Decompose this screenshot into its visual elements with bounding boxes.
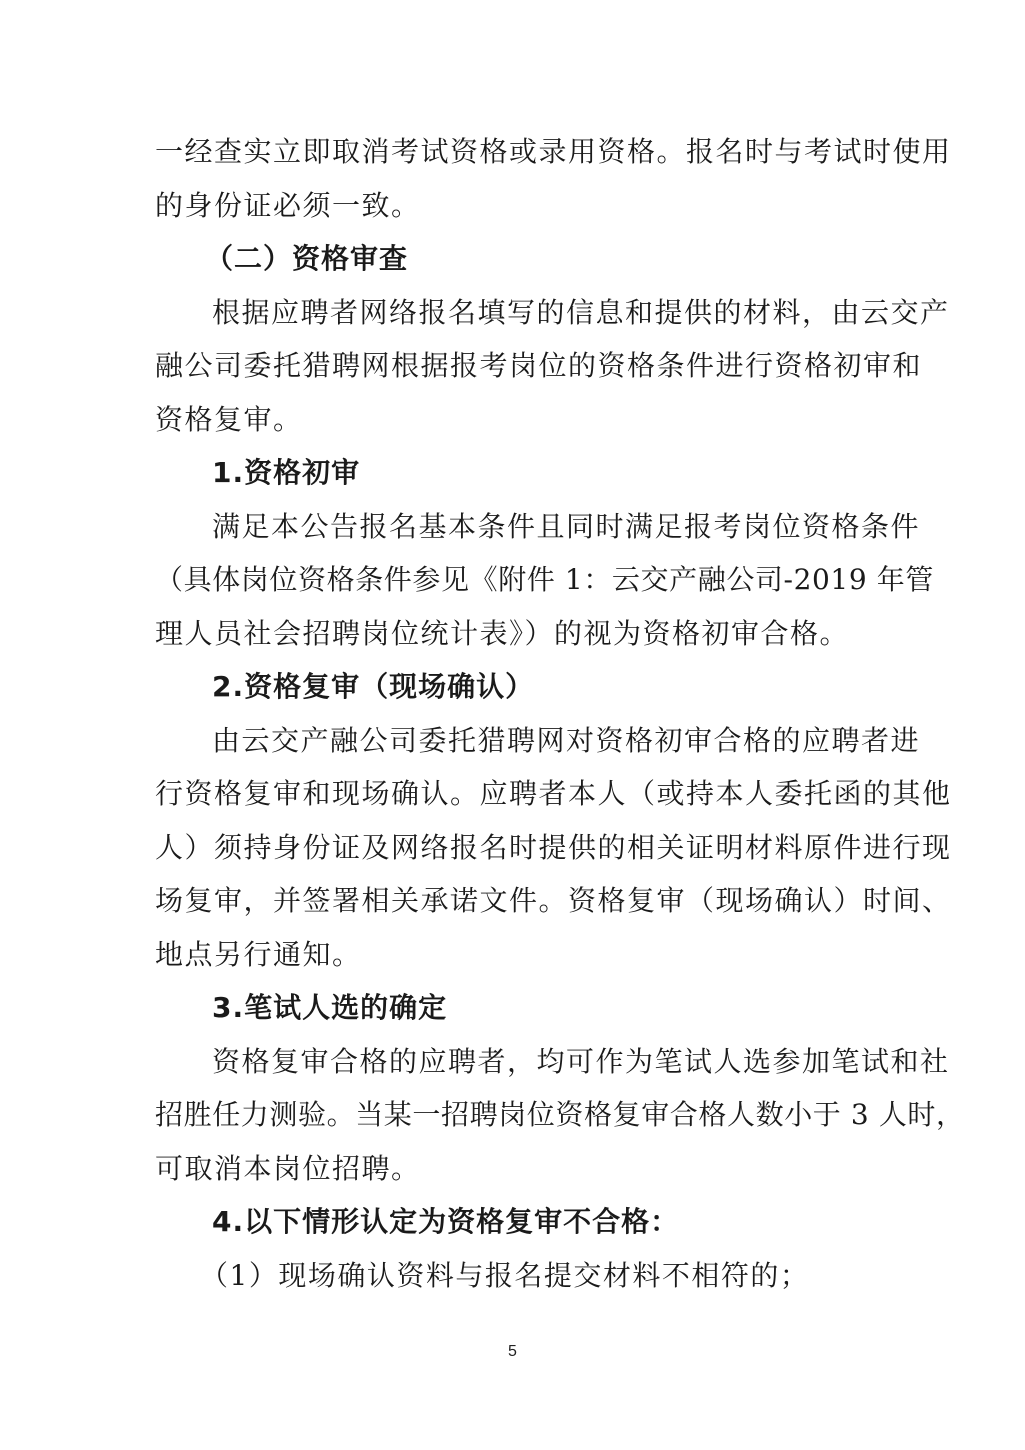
body-paragraph-line: 满足本公告报名基本条件且同时满足报考岗位资格条件: [212, 507, 932, 547]
document-page: 一经查实立即取消考试资格或录用资格。报名时与考试时使用 的身份证必须一致。 （二…: [0, 0, 1025, 1450]
body-paragraph-line: 融公司委托猎聘网根据报考岗位的资格条件进行资格初审和: [155, 346, 875, 386]
body-paragraph-line: 行资格复审和现场确认。应聘者本人（或持本人委托函的其他: [155, 774, 875, 814]
body-paragraph-line: 的身份证必须一致。: [155, 186, 875, 226]
body-paragraph-line: 理人员社会招聘岗位统计表》）的视为资格初审合格。: [155, 614, 875, 654]
body-paragraph-line: 由云交产融公司委托猎聘网对资格初审合格的应聘者进: [212, 721, 932, 761]
body-paragraph-line: 根据应聘者网络报名填写的信息和提供的材料，由云交产: [212, 293, 932, 333]
body-paragraph-line: 人）须持身份证及网络报名时提供的相关证明材料原件进行现: [155, 828, 875, 868]
body-paragraph-line: （具体岗位资格条件参见《附件 1：云交产融公司-2019 年管: [155, 560, 875, 600]
subheading-written-test-candidates: 3.笔试人选的确定: [212, 988, 932, 1028]
page-number: 5: [0, 1343, 1025, 1361]
list-item: （1）现场确认资料与报名提交材料不相符的；: [200, 1256, 920, 1296]
body-paragraph-line: 场复审，并签署相关承诺文件。资格复审（现场确认）时间、: [155, 881, 875, 921]
subheading-initial-review: 1.资格初审: [212, 453, 932, 493]
subheading-re-review: 2.资格复审（现场确认）: [212, 667, 932, 707]
section-heading-qualification-review: （二）资格审查: [205, 239, 925, 279]
body-paragraph-line: 地点另行通知。: [155, 935, 875, 975]
body-paragraph-line: 一经查实立即取消考试资格或录用资格。报名时与考试时使用: [155, 132, 875, 172]
body-paragraph-line: 可取消本岗位招聘。: [155, 1149, 875, 1189]
body-paragraph-line: 招胜任力测验。当某一招聘岗位资格复审合格人数小于 3 人时，: [155, 1095, 875, 1135]
body-paragraph-line: 资格复审合格的应聘者，均可作为笔试人选参加笔试和社: [212, 1042, 932, 1082]
subheading-disqualification-cases: 4.以下情形认定为资格复审不合格：: [212, 1202, 932, 1242]
body-paragraph-line: 资格复审。: [155, 400, 875, 440]
